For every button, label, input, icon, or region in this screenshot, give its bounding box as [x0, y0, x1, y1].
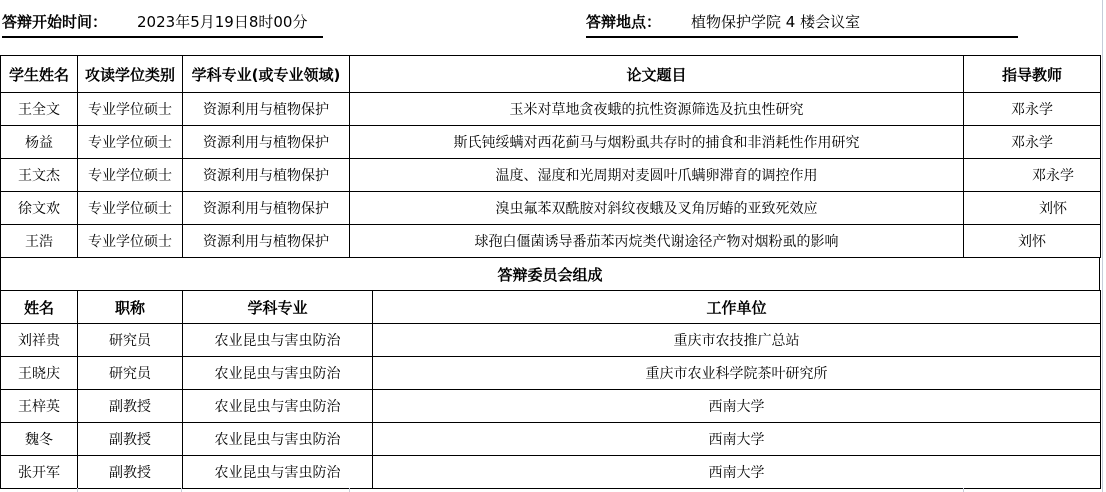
header-degree-type: 攻读学位类别 — [78, 56, 183, 93]
defense-time-label: 答辩开始时间： — [2, 13, 107, 31]
student-row: 王全文 专业学位硕士 资源利用与植物保护 玉米对草地贪夜蛾的抗性资源筛选及抗虫性… — [1, 93, 1101, 126]
committee-table: 姓名 职称 学科专业 工作单位 刘祥贵 研究员 农业昆虫与害虫防治 重庆市农技推… — [0, 290, 1101, 489]
student-row: 徐文欢 专业学位硕士 资源利用与植物保护 溴虫氟苯双酰胺对斜纹夜蛾及叉角厉蝽的亚… — [1, 192, 1101, 225]
member-organization-cell: 西南大学 — [373, 456, 1101, 489]
student-name-cell: 徐文欢 — [1, 192, 78, 225]
member-major-cell: 农业昆虫与害虫防治 — [183, 390, 373, 423]
sheet-gridline-stub — [349, 488, 350, 492]
advisor-cell: 邓永学 — [964, 93, 1101, 126]
member-major-cell: 农业昆虫与害虫防治 — [183, 324, 373, 357]
member-major-cell: 农业昆虫与害虫防治 — [183, 357, 373, 390]
committee-section-title: 答辩委员会组成 — [0, 258, 1100, 290]
header-member-major: 学科专业 — [183, 291, 373, 324]
major-cell: 资源利用与植物保护 — [183, 225, 350, 258]
defense-location-label: 答辩地点： — [586, 13, 661, 31]
advisor-cell: 刘怀 — [964, 192, 1101, 225]
header-student-name: 学生姓名 — [1, 56, 78, 93]
advisor-cell: 邓永学 — [964, 126, 1101, 159]
member-organization-cell: 西南大学 — [373, 423, 1101, 456]
member-name-cell: 王梓英 — [1, 390, 78, 423]
student-name-cell: 王浩 — [1, 225, 78, 258]
student-row: 王浩 专业学位硕士 资源利用与植物保护 球孢白僵菌诱导番茄苯丙烷类代谢途径产物对… — [1, 225, 1101, 258]
major-cell: 资源利用与植物保护 — [183, 159, 350, 192]
degree-type-cell: 专业学位硕士 — [78, 126, 183, 159]
header-member-title: 职称 — [78, 291, 183, 324]
header-major: 学科专业(或专业领域) — [183, 56, 350, 93]
degree-type-cell: 专业学位硕士 — [78, 93, 183, 126]
degree-type-cell: 专业学位硕士 — [78, 192, 183, 225]
thesis-title-cell: 玉米对草地贪夜蛾的抗性资源筛选及抗虫性研究 — [350, 93, 964, 126]
member-name-cell: 王晓庆 — [1, 357, 78, 390]
topbar: 答辩开始时间：2023年5月19日8时00分 答辩地点：植物保护学院 4 楼会议… — [0, 0, 1106, 55]
students-table: 学生姓名 攻读学位类别 学科专业(或专业领域) 论文题目 指导教师 王全文 专业… — [0, 55, 1101, 258]
committee-row: 王梓英 副教授 农业昆虫与害虫防治 西南大学 — [1, 390, 1101, 423]
student-name-cell: 杨益 — [1, 126, 78, 159]
member-organization-cell: 重庆市农技推广总站 — [373, 324, 1101, 357]
thesis-title-cell: 斯氏钝绥螨对西花蓟马与烟粉虱共存时的捕食和非消耗性作用研究 — [350, 126, 964, 159]
header-thesis-title: 论文题目 — [350, 56, 964, 93]
member-title-cell: 研究员 — [78, 324, 183, 357]
header-advisor: 指导教师 — [964, 56, 1101, 93]
major-cell: 资源利用与植物保护 — [183, 126, 350, 159]
major-cell: 资源利用与植物保护 — [183, 192, 350, 225]
student-row: 杨益 专业学位硕士 资源利用与植物保护 斯氏钝绥螨对西花蓟马与烟粉虱共存时的捕食… — [1, 126, 1101, 159]
defense-schedule-sheet: 学生姓名 攻读学位类别 学科专业(或专业领域) 论文题目 指导教师 王全文 专业… — [0, 55, 1100, 489]
defense-location-field: 答辩地点：植物保护学院 4 楼会议室 — [586, 11, 1018, 38]
student-name-cell: 王全文 — [1, 93, 78, 126]
degree-type-cell: 专业学位硕士 — [78, 159, 183, 192]
thesis-title-cell: 球孢白僵菌诱导番茄苯丙烷类代谢途径产物对烟粉虱的影响 — [350, 225, 964, 258]
member-title-cell: 副教授 — [78, 423, 183, 456]
member-title-cell: 副教授 — [78, 390, 183, 423]
defense-time-value: 2023年5月19日8时00分 — [137, 13, 307, 31]
sheet-gridline-right — [1102, 0, 1103, 492]
member-organization-cell: 重庆市农业科学院茶叶研究所 — [373, 357, 1101, 390]
committee-row: 王晓庆 研究员 农业昆虫与害虫防治 重庆市农业科学院茶叶研究所 — [1, 357, 1101, 390]
committee-header-row: 姓名 职称 学科专业 工作单位 — [1, 291, 1101, 324]
member-name-cell: 张开军 — [1, 456, 78, 489]
defense-location-value: 植物保护学院 4 楼会议室 — [691, 13, 860, 31]
member-organization-cell: 西南大学 — [373, 390, 1101, 423]
sheet-gridline-stub — [77, 488, 78, 492]
degree-type-cell: 专业学位硕士 — [78, 225, 183, 258]
header-member-name: 姓名 — [1, 291, 78, 324]
member-name-cell: 魏冬 — [1, 423, 78, 456]
committee-row: 刘祥贵 研究员 农业昆虫与害虫防治 重庆市农技推广总站 — [1, 324, 1101, 357]
defense-start-time-field: 答辩开始时间：2023年5月19日8时00分 — [2, 11, 323, 38]
sheet-gridline-stub — [181, 488, 182, 492]
major-cell: 资源利用与植物保护 — [183, 93, 350, 126]
advisor-cell: 邓永学 — [964, 159, 1101, 192]
advisor-cell: 刘怀 — [964, 225, 1101, 258]
thesis-title-cell: 温度、湿度和光周期对麦圆叶爪螨卵滞育的调控作用 — [350, 159, 964, 192]
sheet-gridline-stub — [963, 488, 964, 492]
member-major-cell: 农业昆虫与害虫防治 — [183, 456, 373, 489]
students-header-row: 学生姓名 攻读学位类别 学科专业(或专业领域) 论文题目 指导教师 — [1, 56, 1101, 93]
student-row: 王文杰 专业学位硕士 资源利用与植物保护 温度、湿度和光周期对麦圆叶爪螨卵滞育的… — [1, 159, 1101, 192]
member-major-cell: 农业昆虫与害虫防治 — [183, 423, 373, 456]
thesis-title-cell: 溴虫氟苯双酰胺对斜纹夜蛾及叉角厉蝽的亚致死效应 — [350, 192, 964, 225]
student-name-cell: 王文杰 — [1, 159, 78, 192]
member-title-cell: 研究员 — [78, 357, 183, 390]
committee-row: 魏冬 副教授 农业昆虫与害虫防治 西南大学 — [1, 423, 1101, 456]
member-name-cell: 刘祥贵 — [1, 324, 78, 357]
committee-row: 张开军 副教授 农业昆虫与害虫防治 西南大学 — [1, 456, 1101, 489]
header-member-organization: 工作单位 — [373, 291, 1101, 324]
member-title-cell: 副教授 — [78, 456, 183, 489]
